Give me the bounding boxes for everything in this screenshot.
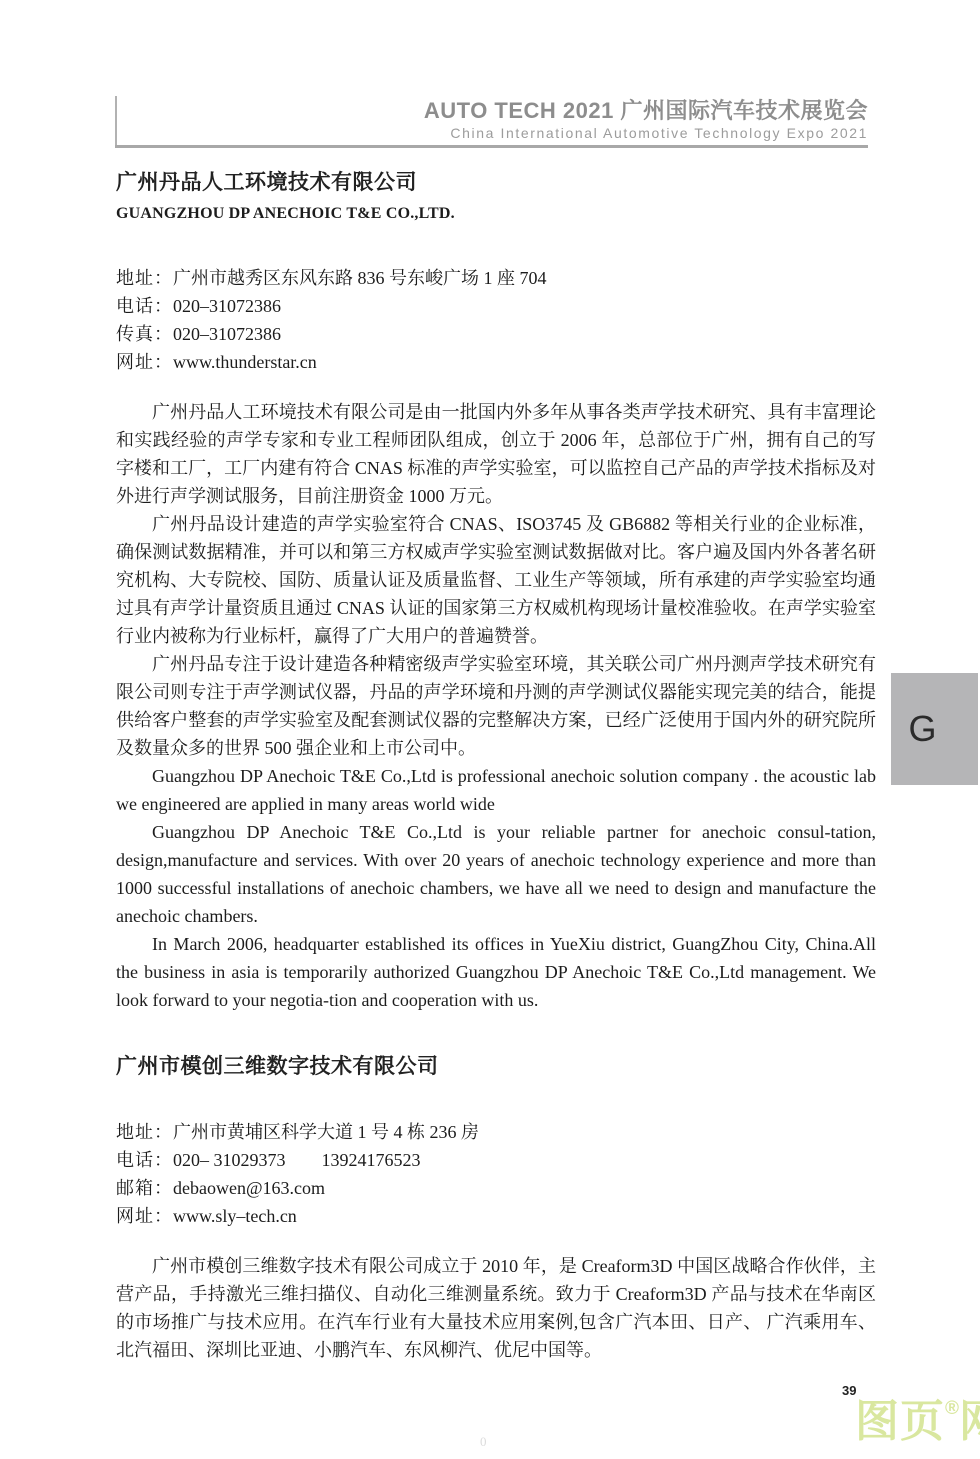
contact-label: 地址： — [116, 268, 173, 288]
contact-label: 传真： — [116, 324, 173, 344]
header-divider-rule — [115, 145, 868, 148]
paragraph: Guangzhou DP Anechoic T&E Co.,Ltd is pro… — [116, 762, 876, 818]
contact-row-website: 网址：www.thunderstar.cn — [116, 348, 876, 376]
contact-row-email: 邮箱：debaowen@163.com — [116, 1174, 876, 1202]
contact-label: 邮箱： — [116, 1178, 173, 1198]
contact-row-address: 地址：广州市黄埔区科学大道 1 号 4 栋 236 房 — [116, 1118, 876, 1146]
company-name-cn: 广州市模创三维数字技术有限公司 — [116, 1054, 876, 1080]
page-number: 39 — [842, 1383, 856, 1398]
expo-header: AUTO TECH 2021 广州国际汽车技术展览会 China Interna… — [424, 99, 868, 141]
contact-block: 地址：广州市越秀区东风东路 836 号东峻广场 1 座 704 电话：020–3… — [116, 264, 876, 376]
company-listing: 广州市模创三维数字技术有限公司 地址：广州市黄埔区科学大道 1 号 4 栋 23… — [116, 1054, 876, 1364]
section-index-tab: G — [891, 673, 978, 785]
section-index-letter: G — [908, 708, 936, 750]
contact-row-address: 地址：广州市越秀区东风东路 836 号东峻广场 1 座 704 — [116, 264, 876, 292]
company-name-en: GUANGZHOU DP ANECHOIC T&E CO.,LTD. — [116, 204, 876, 224]
registered-mark-icon: ® — [945, 1398, 959, 1419]
paragraph: In March 2006, headquarter established i… — [116, 930, 876, 1014]
paragraph: 广州丹品专注于设计建造各种精密级声学实验室环境，其关联公司广州丹测声学技术研究有… — [116, 650, 876, 762]
watermark-text: 网 — [959, 1397, 980, 1446]
paragraph: 广州市模创三维数字技术有限公司成立于 2010 年，是 Creaform3D 中… — [116, 1252, 876, 1364]
company-name-cn: 广州丹品人工环境技术有限公司 — [116, 170, 876, 196]
contact-value: 广州市黄埔区科学大道 1 号 4 栋 236 房 — [173, 1122, 479, 1142]
company-listing: 广州丹品人工环境技术有限公司 GUANGZHOU DP ANECHOIC T&E… — [116, 170, 876, 1014]
contact-value: 020–31072386 — [173, 296, 281, 316]
contact-label: 网址： — [116, 352, 173, 372]
contact-label: 地址： — [116, 1122, 173, 1142]
paragraph: 广州丹品设计建造的声学实验室符合 CNAS、ISO3745 及 GB6882 等… — [116, 510, 876, 650]
company-description: 广州丹品人工环境技术有限公司是由一批国内外多年从事各类声学技术研究、具有丰富理论… — [116, 398, 876, 1014]
contact-value: 020–31072386 — [173, 324, 281, 344]
page-content: 广州丹品人工环境技术有限公司 GUANGZHOU DP ANECHOIC T&E… — [116, 170, 876, 1364]
contact-row-phone: 电话：020–31072386 — [116, 292, 876, 320]
faint-artifact: 0 — [480, 1434, 487, 1450]
contact-label: 网址： — [116, 1206, 173, 1226]
contact-row-phone: 电话：020– 31029373 13924176523 — [116, 1146, 876, 1174]
contact-value: www.sly–tech.cn — [173, 1206, 297, 1226]
contact-value: debaowen@163.com — [173, 1178, 325, 1198]
company-description: 广州市模创三维数字技术有限公司成立于 2010 年，是 Creaform3D 中… — [116, 1252, 876, 1364]
watermark-text: 图页 — [855, 1397, 945, 1446]
paragraph: 广州丹品人工环境技术有限公司是由一批国内外多年从事各类声学技术研究、具有丰富理论… — [116, 398, 876, 510]
contact-value: www.thunderstar.cn — [173, 352, 317, 372]
contact-label: 电话： — [116, 296, 173, 316]
contact-value: 广州市越秀区东风东路 836 号东峻广场 1 座 704 — [173, 268, 547, 288]
header-left-tick — [115, 96, 117, 147]
watermark-logo: 图页®网 — [855, 1399, 980, 1444]
contact-row-fax: 传真：020–31072386 — [116, 320, 876, 348]
contact-label: 电话： — [116, 1150, 173, 1170]
contact-row-website: 网址：www.sly–tech.cn — [116, 1202, 876, 1230]
paragraph: Guangzhou DP Anechoic T&E Co.,Ltd is you… — [116, 818, 876, 930]
expo-subtitle: China International Automotive Technolog… — [424, 125, 868, 141]
contact-value: 020– 31029373 13924176523 — [173, 1150, 421, 1170]
expo-title: AUTO TECH 2021 广州国际汽车技术展览会 — [424, 99, 868, 122]
contact-block: 地址：广州市黄埔区科学大道 1 号 4 栋 236 房 电话：020– 3102… — [116, 1118, 876, 1230]
